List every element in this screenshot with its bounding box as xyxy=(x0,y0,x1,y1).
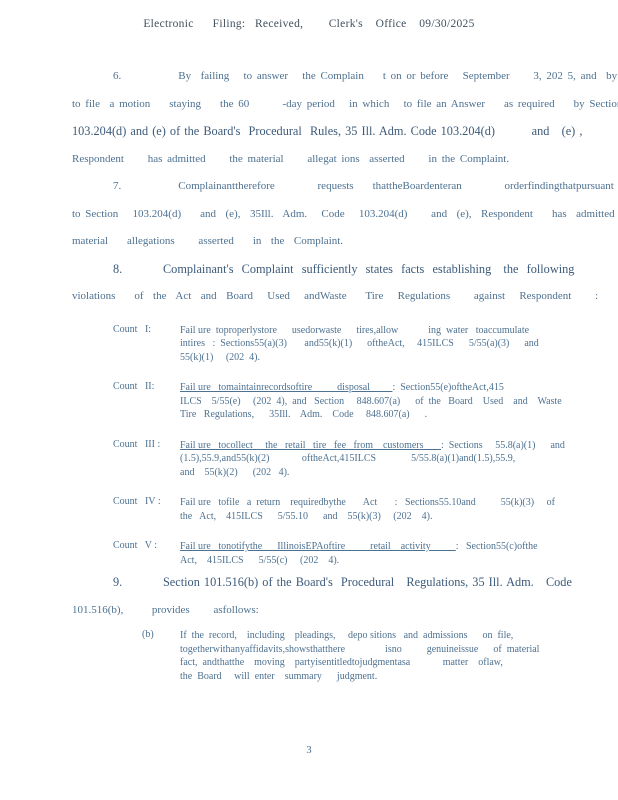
count-item-3: Count III : Fail ure tocollect the retai… xyxy=(72,439,550,480)
filing-header: Electronic Filing: Received, Clerk's Off… xyxy=(0,18,618,30)
paragraph-line: 6. By failing to answer the Complain t o… xyxy=(72,63,550,91)
count-text: Fail ure tomaintainrecordsoftire disposa… xyxy=(180,381,562,422)
paragraph-7: 7. Complainanttherefore requests thatthe… xyxy=(72,173,550,256)
count-line: Fail ure tofile a return requiredbythe A… xyxy=(180,496,555,510)
subsection-label: (b) xyxy=(142,629,180,683)
page-number: 3 xyxy=(0,745,618,756)
subsection-b: (b) If the record, including pleadings, … xyxy=(72,629,550,683)
count-label: Count IV : xyxy=(113,496,180,523)
count-line-rest: Fail ure toproperlystore usedorwaste tir… xyxy=(180,325,529,336)
count-line: ILCS 5/55(e) (202 4), and Section 848.60… xyxy=(180,395,562,409)
paragraph-line: violations of the Act and Board Used and… xyxy=(72,283,550,311)
count-label: Count II: xyxy=(113,381,180,422)
count-text: Fail ure tofile a return requiredbythe A… xyxy=(180,496,555,523)
paragraph-line: to file a motion staying the 60 -day per… xyxy=(72,91,550,119)
count-line: the Act, 415ILCS 5/55.10 and 55(k)(3) (2… xyxy=(180,510,555,524)
count-line-rest: Fail ure tofile a return requiredbythe A… xyxy=(180,497,555,508)
count-line: (1.5),55.9,and55(k)(2) oftheAct,415ILCS … xyxy=(180,452,565,466)
count-line-rest: : Sections 55.8(a)(1) and xyxy=(441,440,565,451)
document-page: Electronic Filing: Received, Clerk's Off… xyxy=(0,0,618,800)
paragraph-line: material allegations asserted in the Com… xyxy=(72,228,550,256)
paragraph-6: 6. By failing to answer the Complain t o… xyxy=(72,63,550,173)
count-label: Count V : xyxy=(113,540,180,567)
count-underlined-text: Fail ure tonotifythe IllinoisEPAoftire r… xyxy=(180,541,456,552)
count-line: intires : Sections55(a)(3) and55(k)(1) o… xyxy=(180,337,550,351)
count-line: Fail ure toproperlystore usedorwaste tir… xyxy=(180,324,550,338)
paragraph-line: 103.204(d) and (e) of the Board's Proced… xyxy=(72,118,550,146)
count-item-1: Count I: Fail ure toproperlystore usedor… xyxy=(72,324,550,365)
paragraph-8: 8. Complainant's Complaint sufficiently … xyxy=(72,256,550,311)
count-line: Fail ure tonotifythe IllinoisEPAoftire r… xyxy=(180,540,550,554)
paragraph-line: to Section 103.204(d) and (e), 35Ill. Ad… xyxy=(72,201,550,229)
count-label: Count III : xyxy=(113,439,180,480)
count-line: Tire Regulations, 35Ill. Adm. Code 848.6… xyxy=(180,408,562,422)
count-line: Fail ure tocollect the retail tire fee f… xyxy=(180,439,565,453)
paragraph-line: 101.516(b), provides asfollows: xyxy=(72,597,550,625)
count-underlined-text: Fail ure tomaintainrecordsoftire disposa… xyxy=(180,382,392,393)
subsection-line: If the record, including pleadings, depo… xyxy=(180,629,550,643)
paragraph-line: 9. Section 101.516(b) of the Board's Pro… xyxy=(72,569,550,597)
paragraph-9: 9. Section 101.516(b) of the Board's Pro… xyxy=(72,569,550,624)
count-text: Fail ure tonotifythe IllinoisEPAoftire r… xyxy=(180,540,550,567)
count-line: and 55(k)(2) (202 4). xyxy=(180,466,565,480)
count-label: Count I: xyxy=(113,324,180,365)
paragraph-line: 8. Complainant's Complaint sufficiently … xyxy=(72,256,550,284)
subsection-line: fact, andthatthe moving partyisentitledt… xyxy=(180,656,550,670)
document-body: 6. By failing to answer the Complain t o… xyxy=(72,63,550,683)
count-line-rest: : Section55(c)ofthe xyxy=(456,541,538,552)
count-item-2: Count II: Fail ure tomaintainrecordsofti… xyxy=(72,381,550,422)
count-text: Fail ure toproperlystore usedorwaste tir… xyxy=(180,324,550,365)
paragraph-line: 7. Complainanttherefore requests thatthe… xyxy=(72,173,550,201)
subsection-line: the Board will enter summary judgment. xyxy=(180,670,550,684)
count-text: Fail ure tocollect the retail tire fee f… xyxy=(180,439,565,480)
subsection-line: togetherwithanyaffidavits,showsthatthere… xyxy=(180,643,550,657)
subsection-text: If the record, including pleadings, depo… xyxy=(180,629,550,683)
paragraph-line: Respondent has admitted the material all… xyxy=(72,146,550,174)
count-item-5: Count V : Fail ure tonotifythe IllinoisE… xyxy=(72,540,550,567)
count-line-rest: : Section55(e)oftheAct,415 xyxy=(392,382,503,393)
count-line: Fail ure tomaintainrecordsoftire disposa… xyxy=(180,381,562,395)
count-line: Act, 415ILCS 5/55(c) (202 4). xyxy=(180,554,550,568)
count-item-4: Count IV : Fail ure tofile a return requ… xyxy=(72,496,550,523)
count-line: 55(k)(1) (202 4). xyxy=(180,351,550,365)
count-underlined-text: Fail ure tocollect the retail tire fee f… xyxy=(180,440,441,451)
counts-list: Count I: Fail ure toproperlystore usedor… xyxy=(72,324,550,568)
